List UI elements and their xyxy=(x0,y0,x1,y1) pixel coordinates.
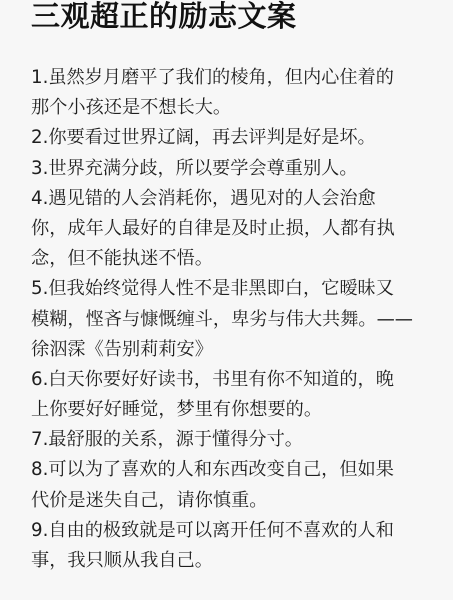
quote-list: 1.虽然岁月磨平了我们的棱角，但内心住着的 那个小孩还是不想长大。 2.你要看过… xyxy=(31,63,446,576)
quote-4-line-2: 你，成年人最好的自律是及时止损，人都有执 xyxy=(31,214,446,244)
document-page: 三观超正的励志文案 1.虽然岁月磨平了我们的棱角，但内心住着的 那个小孩还是不想… xyxy=(0,0,453,600)
quote-9-line-2: 事，我只顺从我自己。 xyxy=(31,546,446,576)
quote-3-line-1: 3.世界充满分歧，所以要学会尊重别人。 xyxy=(31,154,446,184)
quote-2-line-1: 2.你要看过世界辽阔，再去评判是好是坏。 xyxy=(31,123,446,153)
quote-8-line-1: 8.可以为了喜欢的人和东西改变自己，但如果 xyxy=(31,455,446,485)
quote-6-line-1: 6.白天你要好好读书，书里有你不知道的，晚 xyxy=(31,365,446,395)
quote-5-line-2: 模糊，悭吝与慷慨缠斗，卑劣与伟大共舞。—— xyxy=(31,305,446,335)
quote-6-line-2: 上你要好好睡觉，梦里有你想要的。 xyxy=(31,395,446,425)
page-title: 三观超正的励志文案 xyxy=(31,0,297,34)
quote-4-line-1: 4.遇见错的人会消耗你，遇见对的人会治愈 xyxy=(31,184,446,214)
quote-8-line-2: 代价是迷失自己，请你慎重。 xyxy=(31,486,446,516)
quote-9-line-1: 9.自由的极致就是可以离开任何不喜欢的人和 xyxy=(31,516,446,546)
quote-4-line-3: 念，但不能执迷不悟。 xyxy=(31,244,446,274)
quote-1-line-2: 那个小孩还是不想长大。 xyxy=(31,93,446,123)
quote-1-line-1: 1.虽然岁月磨平了我们的棱角，但内心住着的 xyxy=(31,63,446,93)
quote-5-line-1: 5.但我始终觉得人性不是非黑即白，它暧昧又 xyxy=(31,274,446,304)
quote-7-line-1: 7.最舒服的关系，源于懂得分寸。 xyxy=(31,425,446,455)
quote-5-line-3: 徐泅霂《告别莉莉安》 xyxy=(31,335,446,365)
